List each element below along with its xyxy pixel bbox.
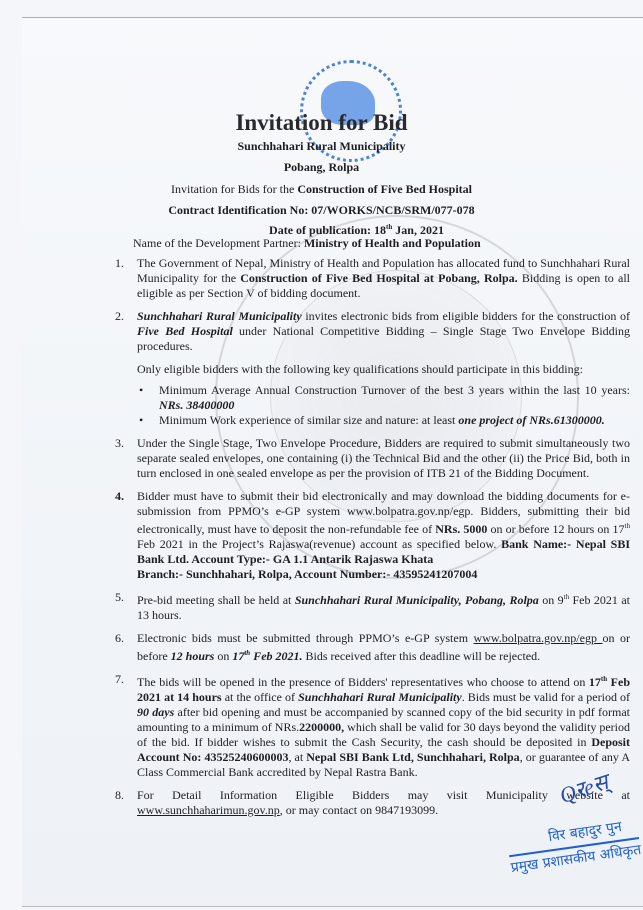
text: , at — [288, 750, 306, 764]
clause-number: 1. — [115, 256, 124, 271]
clause-2: 2. Sunchhahari Rural Municipality invite… — [112, 309, 630, 428]
ifb-prefix: Invitation for Bids for the — [171, 182, 297, 196]
branch-details: Branch:- Sunchhahari, Rolpa, Account Num… — [137, 567, 477, 581]
qualification-intro: Only eligible bidders with the following… — [137, 362, 630, 377]
qualification-experience: Minimum Work experience of similar size … — [137, 413, 630, 428]
clause-number: 2. — [115, 309, 124, 324]
text: For Detail Information Eligible Bidders … — [137, 788, 630, 802]
clause-4: 4. Bidder must have to submit their bid … — [112, 489, 630, 582]
text: , or may contact on 9847193099. — [280, 803, 438, 817]
organization-location: Pobang, Rolpa — [0, 160, 643, 175]
text: Minimum Work experience of similar size … — [159, 413, 458, 427]
clause-number: 5. — [115, 590, 124, 605]
text: Sunchhahari Rural Municipality, Pobang, … — [295, 593, 539, 607]
text: 17 — [589, 675, 601, 689]
text: Feb 2021 in the Project’s Rajaswa(revenu… — [137, 537, 501, 551]
text: Pre-bid meeting shall be held at — [137, 593, 295, 607]
text: NRs. 5000 — [435, 522, 487, 536]
text: Five Bed Hospital — [137, 324, 233, 338]
dev-partner-label: Name of the Development Partner: — [133, 236, 304, 250]
text: Electronic bids must be submitted throug… — [137, 631, 474, 645]
text: at the office of — [222, 690, 299, 704]
text: Sunchhahari Rural Municipality — [137, 309, 302, 323]
clause-number: 6. — [115, 631, 124, 646]
text: Nepal SBI Bank Ltd, Sunchhahari, Rolpa — [306, 750, 519, 764]
ifb-project: Construction of Five Bed Hospital — [297, 182, 472, 196]
text: on or before 12 hours on 17 — [487, 522, 624, 536]
qualification-turnover: Minimum Average Annual Construction Turn… — [137, 383, 630, 413]
clause-number: 4. — [115, 489, 124, 504]
text: Under the Single Stage, Two Envelope Pro… — [137, 436, 630, 480]
egp-link[interactable]: www.bolpatra.gov.np/egp — [474, 631, 603, 645]
text: 90 days — [137, 705, 174, 719]
development-partner: Name of the Development Partner: Ministr… — [133, 236, 481, 251]
text: Bids received after this deadline will b… — [303, 649, 541, 663]
text: 12 hours — [171, 649, 215, 663]
text: 2200000, — [299, 720, 344, 734]
contract-id: Contract Identification No: 07/WORKS/NCB… — [0, 203, 643, 218]
clause-8: 8. For Detail Information Eligible Bidde… — [112, 788, 630, 818]
clause-6: 6. Electronic bids must be submitted thr… — [112, 631, 630, 664]
dev-partner-value: Ministry of Health and Population — [304, 236, 481, 250]
document-title: Invitation for Bid — [0, 110, 643, 136]
text: Feb 2021. — [250, 649, 302, 663]
text: on — [214, 649, 232, 663]
text: Construction of Five Bed Hospital at Pob… — [240, 271, 517, 285]
text: The bids will be opened in the presence … — [137, 675, 589, 689]
qualification-list: Minimum Average Annual Construction Turn… — [137, 383, 630, 428]
text: th — [625, 522, 630, 530]
text: one project of NRs.61300000. — [458, 413, 604, 427]
text: 17 — [232, 649, 244, 663]
text: NRs. 38400000 — [159, 398, 234, 412]
clause-number: 8. — [115, 788, 124, 803]
clause-number: 3. — [115, 436, 124, 451]
organization-name: Sunchhahari Rural Municipality — [0, 139, 643, 154]
clause-number: 7. — [115, 672, 124, 687]
clause-5: 5. Pre-bid meeting shall be held at Sunc… — [112, 590, 630, 623]
text: on 9 — [539, 593, 564, 607]
text: invites electronic bids from eligible bi… — [302, 309, 630, 323]
clause-3: 3. Under the Single Stage, Two Envelope … — [112, 436, 630, 481]
ifb-line: Invitation for Bids for the Construction… — [0, 182, 643, 197]
clause-1: 1. The Government of Nepal, Ministry of … — [112, 256, 630, 301]
bid-clauses: 1. The Government of Nepal, Ministry of … — [112, 256, 630, 826]
municipality-website-link[interactable]: www.sunchhaharimun.gov.np — [137, 803, 280, 817]
text: . Bids must be valid for a period of — [462, 690, 630, 704]
text: Minimum Average Annual Construction Turn… — [159, 383, 630, 397]
date-label: Date of publication: 18 — [269, 223, 386, 237]
date-rest: Jan, 2021 — [392, 223, 444, 237]
clause-7: 7. The bids will be opened in the presen… — [112, 672, 630, 780]
text: Sunchhahari Rural Municipality — [298, 690, 462, 704]
